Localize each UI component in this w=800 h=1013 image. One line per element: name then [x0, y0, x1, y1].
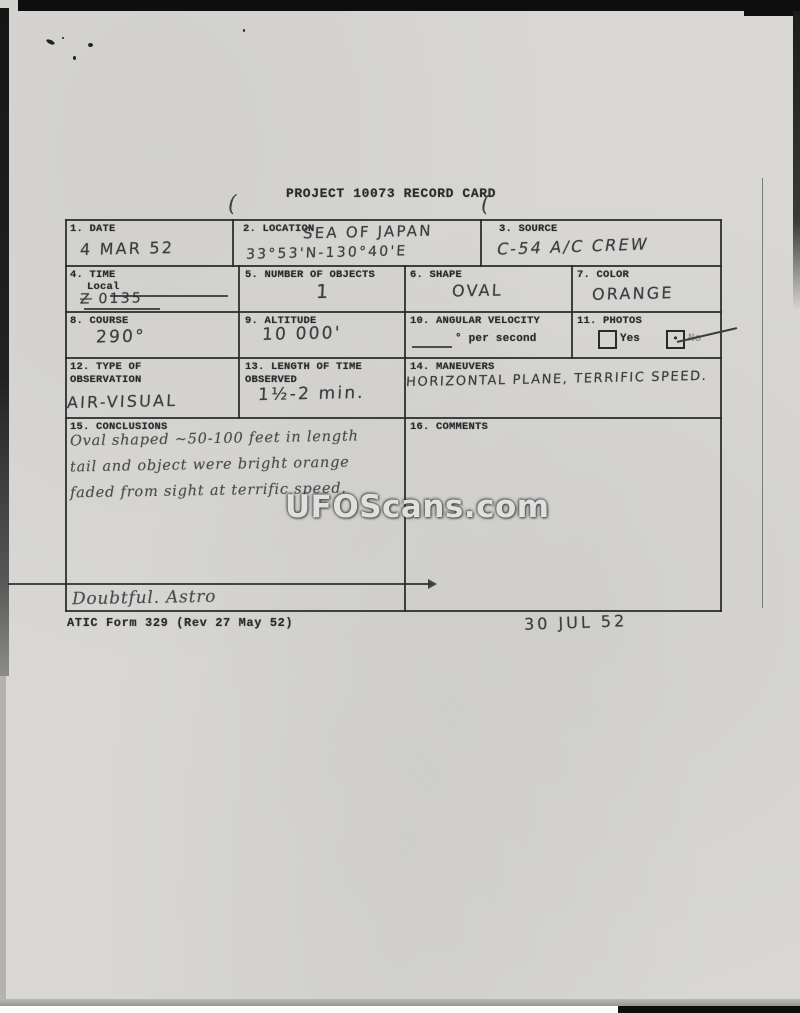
scan-bottom-edge — [0, 999, 800, 1006]
field-value-color: ORANGE — [592, 283, 675, 304]
table-grid-line — [404, 265, 406, 612]
field-value-location-name: SEA OF JAPAN — [303, 222, 433, 243]
field-label-number-of-objects: 5. NUMBER OF OBJECTS — [245, 269, 375, 282]
field-label-type-of-observation: 12. TYPE OF OBSERVATION — [70, 361, 182, 387]
table-grid-line — [720, 219, 722, 612]
watermark: UFOScans.com — [285, 489, 550, 525]
angular-velocity-blank — [412, 346, 452, 348]
field-value-time: 0135 — [98, 290, 143, 307]
scan-top-edge — [18, 0, 800, 11]
pen-mark: ( — [228, 192, 237, 217]
field-value-type-of-observation: AIR-VISUAL — [67, 391, 178, 412]
scan-artifact-line — [762, 178, 763, 608]
field-label-date: 1. DATE — [70, 223, 116, 236]
table-grid-line — [238, 265, 240, 419]
field-value-shape: OVAL — [452, 280, 504, 300]
field-label-photos: 11. PHOTOS — [577, 315, 642, 328]
field-value-location-coordinates: 33°53'N-130°40'E — [246, 243, 408, 262]
card-title: PROJECT 10073 RECORD CARD — [286, 186, 496, 202]
table-grid-line — [65, 357, 722, 359]
photos-yes-label: Yes — [620, 333, 640, 345]
field-label-maneuvers: 14. MANEUVERS — [410, 361, 495, 374]
table-grid-line — [65, 265, 722, 267]
pen-mark: ( — [481, 192, 490, 217]
table-grid-line — [65, 219, 67, 612]
scanned-record-card-page: PROJECT 10073 RECORD CARD ( ( 1. DATE 4 … — [0, 0, 800, 1013]
table-grid-line — [65, 417, 722, 419]
table-grid-line — [65, 311, 722, 313]
table-grid-line — [571, 265, 573, 359]
field-label-source: 3. SOURCE — [499, 223, 558, 236]
conclusions-arrow-line — [8, 583, 430, 585]
conclusion-signature: Doubtful. Astro — [72, 587, 217, 610]
ink-speck — [243, 29, 245, 32]
field-value-date: 4 MAR 52 — [80, 238, 175, 259]
field-label-comments: 16. COMMENTS — [410, 421, 488, 434]
field-label-angular-velocity: 10. ANGULAR VELOCITY — [410, 315, 540, 328]
time-underline — [110, 295, 228, 297]
scan-bottom-right-bar — [618, 1006, 800, 1013]
field-value-length-of-time: 1½-2 min. — [258, 383, 366, 405]
time-crossed-zulu: Z — [80, 291, 93, 307]
ink-speck — [73, 56, 76, 60]
table-grid-line — [65, 219, 722, 221]
date-stamp: 30 JUL 52 — [524, 611, 628, 634]
field-label-shape: 6. SHAPE — [410, 269, 462, 282]
table-grid-line — [232, 219, 234, 267]
ink-speck — [62, 37, 64, 39]
scan-left-edge-lower — [0, 676, 6, 1000]
field-value-altitude: 10 000' — [262, 323, 343, 345]
field-label-color: 7. COLOR — [577, 269, 629, 282]
field-value-course: 290° — [96, 326, 147, 347]
field-unit-angular-velocity: ° per second — [455, 333, 537, 347]
field-value-number-of-objects: 1 — [315, 281, 330, 303]
form-number: ATIC Form 329 (Rev 27 May 52) — [67, 616, 293, 631]
time-underline — [84, 308, 160, 310]
ink-speck — [88, 43, 93, 47]
scan-top-right-edge — [744, 0, 800, 16]
photos-yes-checkbox — [598, 330, 617, 349]
scan-left-edge — [0, 8, 9, 676]
table-grid-line — [480, 219, 482, 267]
conclusions-arrow-head — [428, 579, 437, 589]
scan-right-edge — [793, 11, 800, 311]
